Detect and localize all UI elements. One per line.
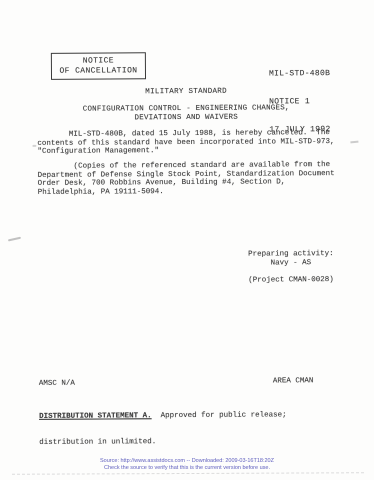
distribution-statement-text: Approved for public release; [152, 411, 287, 420]
document-scan: NOTICE OF CANCELLATION MIL-STD-480B NOTI… [0, 0, 374, 480]
document-subtitle: CONFIGURATION CONTROL - ENGINEERING CHAN… [0, 104, 373, 124]
margin-dash-mark [350, 141, 358, 143]
distribution-statement: DISTRIBUTION STATEMENT A. Approved for p… [39, 393, 287, 465]
pencil-mark [8, 237, 21, 242]
scanned-document-page: NOTICE OF CANCELLATION MIL-STD-480B NOTI… [0, 0, 374, 480]
area-code: AREA CMAN [273, 377, 314, 385]
watermark-note-line: Check the source to verify that this is … [0, 465, 374, 472]
cancellation-notice-box: NOTICE OF CANCELLATION [51, 52, 146, 80]
distribution-statement-line1: DISTRIBUTION STATEMENT A. Approved for p… [39, 411, 287, 421]
distribution-statement-label: DISTRIBUTION STATEMENT A. [39, 412, 152, 421]
availability-paragraph: (Copies of the referenced standard are a… [38, 161, 335, 197]
download-watermark: Source: http://www.assistdocs.com -- Dow… [0, 458, 374, 472]
speckle-mark [32, 145, 36, 147]
standard-number: MIL-STD-480B [269, 69, 330, 79]
watermark-source-line: Source: http://www.assistdocs.com -- Dow… [0, 458, 374, 465]
notice-box-line1: NOTICE [52, 56, 145, 66]
cancellation-paragraph: MIL-STD-480B, dated 15 July 1988, is her… [37, 129, 334, 157]
amsc-code: AMSC N/A [39, 380, 75, 388]
notice-box-line2: OF CANCELLATION [52, 66, 145, 76]
distribution-statement-line2: distribution in unlimited. [39, 437, 287, 447]
preparing-activity-block: Preparing activity: Navy - AS (Project C… [248, 250, 334, 285]
